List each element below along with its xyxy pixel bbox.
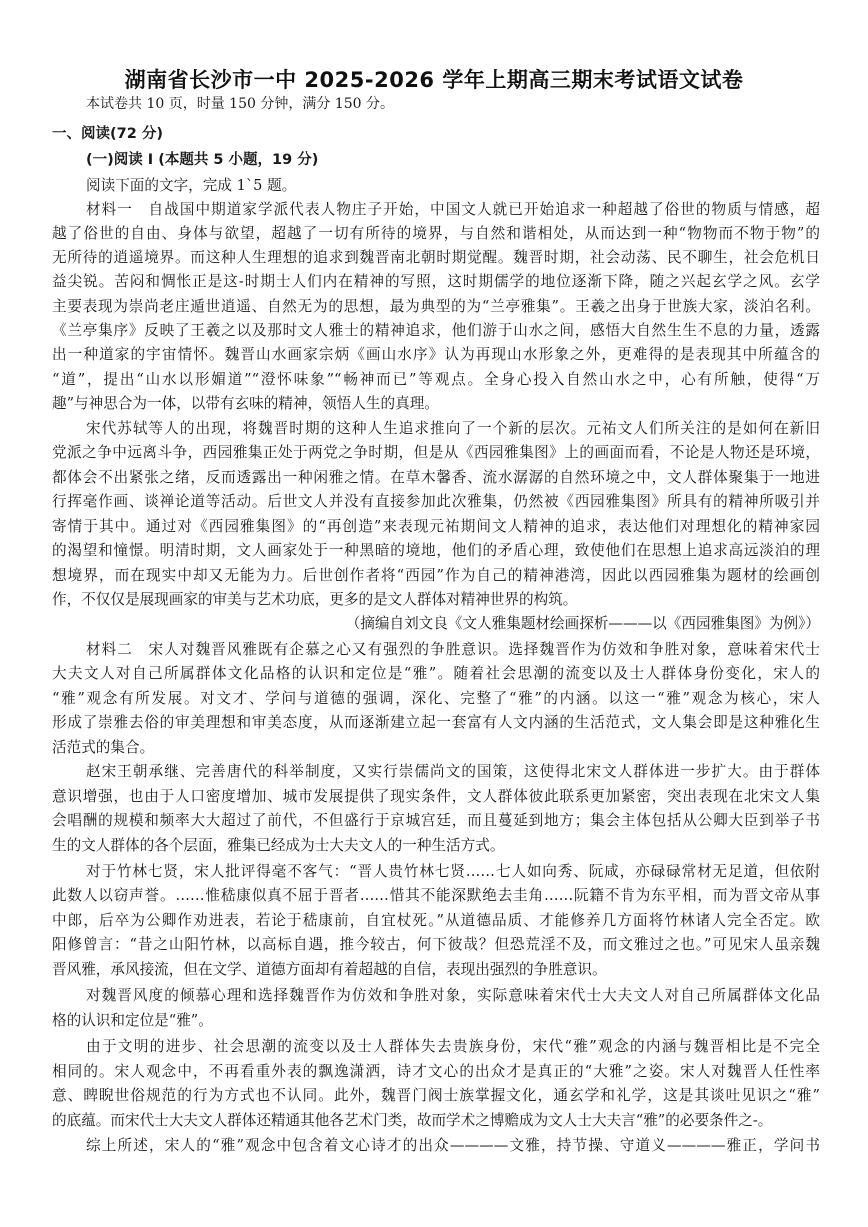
paragraph-line: 益尖锐。苦闷和惆怅正是这-时期士人们内在精神的写照，这时期儒学的地位逐渐下降，随…: [52, 272, 820, 292]
paragraph-line: 想境界，而在现实中却又无能为力。后世创作者将“西园”作为自己的精神港湾，因此以西…: [52, 566, 820, 586]
paragraph-line: 材料一 自战国中期道家学派代表人物庄子开始，中国文人就已开始追求一种超越了俗世的…: [86, 200, 820, 220]
paragraph-line: 都体会不出紧张之绪，反而透露出一种闲雅之情。在草木馨香、流水潺潺的自然环境之中，…: [52, 468, 820, 488]
section-heading: 一、阅读(72 分): [52, 124, 820, 144]
paragraph-line: 党派之争中远离斗争，西园雅集正处于两党之争时期，但是从《西园雅集图》上的画面而看…: [52, 443, 820, 463]
exam-meta: 本试卷共 10 页，时量 150 分钟，满分 150 分。: [86, 94, 854, 114]
paragraph-line: 行挥毫作画、谈禅论道等活动。后世文人并没有直接参加此次雅集，仍然被《西园雅集图》…: [52, 492, 820, 512]
paragraph-line: “道”，提出“山水以形媚道”“澄怀味象”“畅神而已”等观点。全身心投入自然山水之…: [52, 370, 820, 390]
paragraph-line: 综上所述，宋人的“雅”观念中包含着文心诗才的出众————文雅，持节操、守道义——…: [86, 1136, 820, 1156]
paragraph-line: 由于文明的进步、社会思潮的流变以及士人群体失去贵族身份，宋代“雅”观念的内涵与魏…: [86, 1037, 820, 1057]
paragraph-line: 出一种道家的宇宙情怀。魏晋山水画家宗炳《画山水序》认为再现山水形象之外，更难得的…: [52, 345, 820, 365]
paragraph-line: 意、睥睨世俗规范的行为方式也不认同。此外，魏晋门阀士族掌握文化，通玄学和礼学，这…: [52, 1086, 820, 1106]
paragraph-line: 作，不仅仅是展现画家的审美与艺术功底，更多的是文人群体对精神世界的构筑。: [52, 590, 820, 610]
paragraph-line: 越了俗世的自由、身体与欲望，超越了一切有所待的境界，与自然和谐相处，从而达到一种…: [52, 224, 820, 244]
paragraph-line: 格的认识和定位是“雅”。: [52, 1011, 820, 1031]
paragraph-line: 意识增强，也由于人口密度增加、城市发展提供了现实条件，文人群体彼此联系更加紧密，…: [52, 787, 820, 807]
paragraph-line: 形成了崇雅去俗的审美理想和审美态度，从而逐渐建立起一套富有人文内涵的生活范式，文…: [52, 713, 820, 733]
paragraph-line: 活范式的集合。: [52, 738, 820, 758]
paragraph-line: “雅”观念有所发展。对文才、学问与道德的强调，深化、完整了“雅”的内涵。以这一“…: [52, 689, 820, 709]
paragraph-line: 阳修曾言：“昔之山阳竹林，以高标自遇，推今较古，何下彼哉？但恐荒淫不及，而文雅过…: [52, 935, 820, 955]
paragraph-line: 宋代苏轼等人的出现，将魏晋时期的这种人生追求推向了一个新的层次。元祐文人们所关注…: [86, 419, 820, 439]
paragraph-line: 的渴望和憧憬。明清时期，文人画家处于一种黑暗的境地，他们的矛盾心理，致使他们在思…: [52, 541, 820, 561]
subsection-heading: (一)阅读 I (本题共 5 小题，19 分): [86, 150, 854, 170]
exam-page: 湖南省长沙市一中 2025-2026 学年上期高三期末考试语文试卷 本试卷共 1…: [0, 0, 868, 1227]
paragraph-line: 对于竹林七贤，宋人批评得毫不客气：“晋人贵竹林七贤……七人如向秀、阮咸，亦碌碌常…: [86, 862, 820, 882]
paragraph-line: 大夫文人对自己所属群体文化品格的认识和定位是“雅”。随着社会思潮的流变以及士人群…: [52, 664, 820, 684]
paragraph-line: 无所待的逍遥境界。而这种人生理想的追求到魏晋南北朝时期觉醒。魏晋时期，社会动荡、…: [52, 248, 820, 268]
paragraph-line: 相同的。宋人观念中，不再看重外表的飘逸潇洒，诗才文心的出众才是真正的“大雅”之姿…: [52, 1062, 820, 1082]
paragraph-line: 晋风雅，承风接流，但在文学、道德方面却有着超越的自信，表现出强烈的争胜意识。: [52, 960, 820, 980]
paragraph-line: 会唱酬的规模和频率大大超过了前代，不但盛行于京城宫廷，而且蔓延到地方；集会主体包…: [52, 811, 820, 831]
paragraph-line: 的底蕴。而宋代士大夫文人群体还精通其他各艺术门类，故而学术之博赡成为文人士大夫言…: [52, 1111, 820, 1131]
paragraph-line: 中郎，后卒为公卿作劝进表，若论于嵇康前，自宜杖死。”从道德品质、才能修养几方面将…: [52, 911, 820, 931]
paragraph-line: 趣”与神思合为一体，以带有玄味的精神，领悟人生的真理。: [52, 394, 820, 414]
paragraph-line: 赵宋王朝承继、完善唐代的科举制度，又实行崇儒尚文的国策，这使得北宋文人群体进一步…: [86, 762, 820, 782]
paragraph-line: 寄情于其中。通过对《西园雅集图》的“再创造”来表现元祐期间文人精神的追求，表达他…: [52, 517, 820, 537]
source-citation: （摘编自刘文良《文人雅集题材绘画探析———以《西园雅集图》为例》）: [52, 614, 820, 634]
paragraph-line: 对魏晋风度的倾慕心理和选择魏晋作为仿效和争胜对象，实际意味着宋代士大夫文人对自己…: [86, 986, 820, 1006]
paragraph-line: 此数人以窃声誉。……惟嵇康似真不屈于晋者……惜其不能深默绝去圭角……阮籍不肯为东…: [52, 886, 820, 906]
paragraph-line: 《兰亭集序》反映了王羲之以及那时文人雅士的精神追求，他们游于山水之间，感悟大自然…: [52, 321, 820, 341]
instruction: 阅读下面的文字，完成 1`5 题。: [86, 176, 820, 196]
paragraph-line: 主要表现为崇尚老庄遁世逍遥、自然无为的思想，最为典型的为“兰亭雅集”。王羲之出身…: [52, 297, 820, 317]
exam-title: 湖南省长沙市一中 2025-2026 学年上期高三期末考试语文试卷: [0, 64, 868, 94]
paragraph-line: 生的文人群体的各个层面，雅集已经成为士大夫文人的一种生活方式。: [52, 836, 820, 856]
paragraph-line: 材料二 宋人对魏晋风雅既有企慕之心又有强烈的争胜意识。选择魏晋作为仿效和争胜对象…: [86, 640, 820, 660]
